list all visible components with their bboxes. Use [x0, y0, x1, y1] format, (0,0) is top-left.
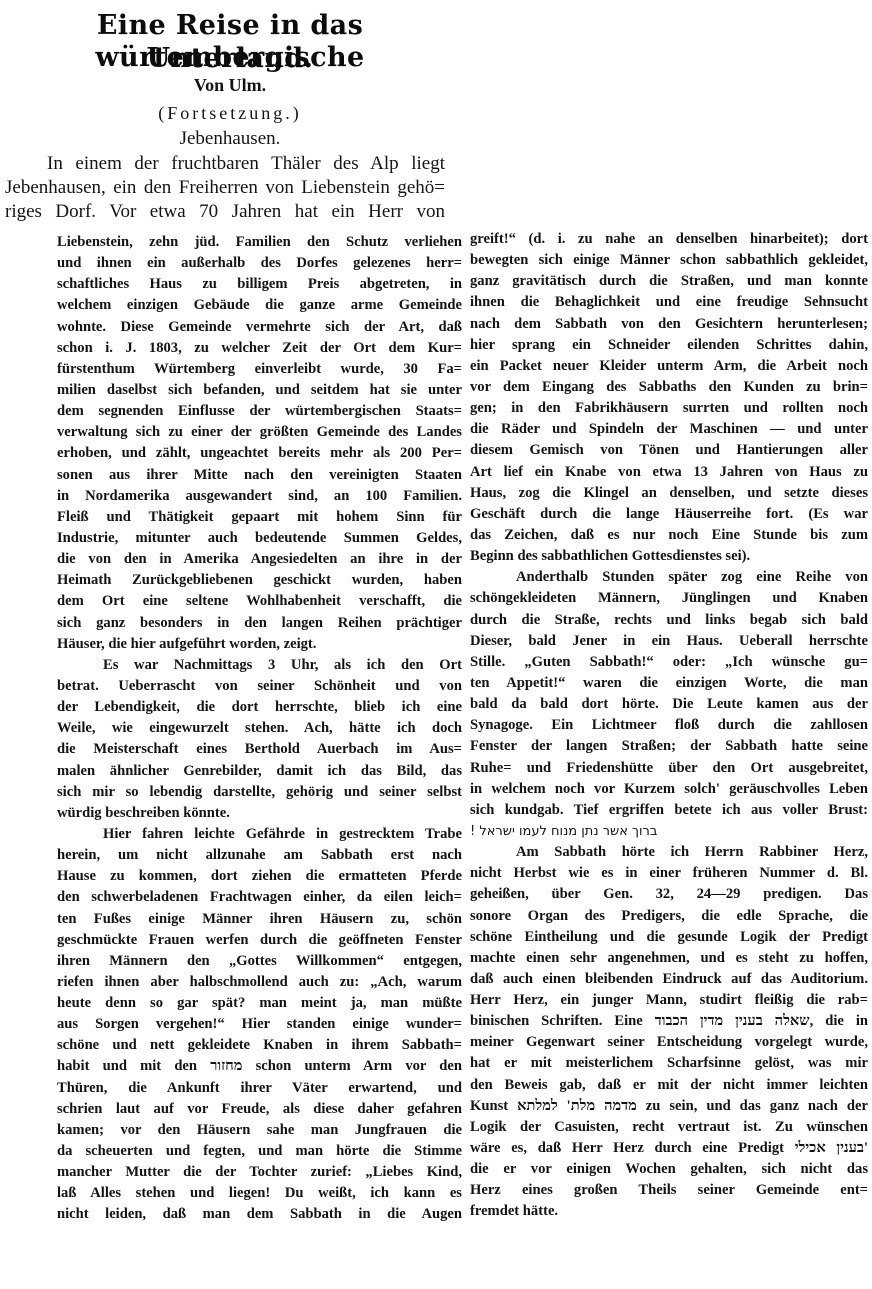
text-line: nicht leiden, daß man dem Sabbath in die… [57, 1204, 462, 1225]
text-line: milien daselbst sich befanden, und seitd… [57, 380, 462, 401]
text-line: machte einen sehr angenehmen, und es ste… [470, 948, 868, 969]
text-line: hier sprang ein Schneider eilenden Schri… [470, 335, 868, 356]
text-line: bewegten sich einige Männer schon sabbat… [470, 250, 868, 271]
text-line: verwaltung sich zu einer der größten Gem… [57, 422, 462, 443]
intro-line: Jebenhausen, ein den Freiherren von Lieb… [5, 176, 445, 200]
text-line: Geschäft durch die lange Häuserreihe for… [470, 504, 868, 525]
text-line: Industrie, mitunter auch bedeutende Summ… [57, 528, 462, 549]
text-line: Herz eines großen Theils seiner Gemeinde… [470, 1180, 868, 1201]
text-line: herein, um nicht allzunahe am Sabbath er… [57, 845, 462, 866]
text-line: schrien laut auf vor Freude, als diese d… [57, 1099, 462, 1120]
text-line: sonore Organ des Predigers, die edle Spr… [470, 906, 868, 927]
text-line: Haus, zog die Klingel an denselben, und … [470, 483, 868, 504]
text-line: Herr Herz, ein junger Mann, studirt flei… [470, 990, 868, 1011]
text-line: nach dem Sabbath von den Gesichtern heru… [470, 314, 868, 335]
text-line: sich kundgab. Tief ergriffen betete ich … [470, 800, 868, 821]
text-line: die Meisterschaft eines Berthold Auerbac… [57, 739, 462, 760]
text-line: die von den in Amerika Angesiedelten an … [57, 549, 462, 570]
text-line: meiner Gegenwart seiner Entscheidung vor… [470, 1032, 868, 1053]
text-line: schon i. J. 1803, zu welcher Zeit der Or… [57, 338, 462, 359]
text-line: den schwerbeladenen Frachtwagen einher, … [57, 887, 462, 908]
text-line: Heimath Zurückgebliebenen geschickt wurd… [57, 570, 462, 591]
text-line: riefen ihnen aber halbschmollend auch zu… [57, 972, 462, 993]
text-line: Liebenstein, zehn jüd. Familien den Schu… [57, 232, 462, 253]
text-line: Hier fahren leichte Gefährde in gestreck… [57, 824, 462, 845]
text-line: dem segnenden Einflusse der würtembergis… [57, 401, 462, 422]
intro-paragraph: In einem der fruchtbaren Thäler des Alp … [5, 152, 445, 224]
text-line: sich mir so lebendig darstellte, gehörig… [57, 782, 462, 803]
text-line: ten Appetit!“ waren die einzigen Worte, … [470, 673, 868, 694]
text-line: ganz gravitätisch durch die Straßen, und… [470, 271, 868, 292]
text-line: Dieser, bald Jener in ein Haus. Ueberall… [470, 631, 868, 652]
text-line: Stille. „Guten Sabbath!“ oder: „Ich wüns… [470, 652, 868, 673]
text-line: Häuser, die hier aufgeführt worden, zeig… [57, 634, 462, 655]
text-line: die Räder und Spindeln der Maschinen — u… [470, 419, 868, 440]
text-line: erhoben, und zählt, ungeachtet bereits m… [57, 443, 462, 464]
text-line: Fenster der langen Straßen; der Sabbath … [470, 736, 868, 757]
text-line: Es war Nachmittags 3 Uhr, als ich den Or… [57, 655, 462, 676]
text-line: binischen Schriften. Eine שאלה בענין מדי… [470, 1011, 868, 1032]
text-line: vor dem Eingang des Sabbaths den Kunden … [470, 377, 868, 398]
text-line: Ruhe= und Friedenshütte über den Ort aus… [470, 758, 868, 779]
text-line: Logik der Casuisten, recht vertraut ist.… [470, 1117, 868, 1138]
text-line: ihren Männern den „Gottes Willkommen“ en… [57, 951, 462, 972]
text-line: Hause zu kommen, dort ziehen die ermatte… [57, 866, 462, 887]
text-line: und ihnen ein außerhalb des Dorfes gelez… [57, 253, 462, 274]
intro-line: riges Dorf. Vor etwa 70 Jahren hat ein H… [5, 200, 445, 224]
text-line: welchem einzigen Gebäude die ganze arme … [57, 295, 462, 316]
text-line: ihnen die Behaglichkeit und eine freudig… [470, 292, 868, 313]
text-line: fremdet hätte. [470, 1201, 868, 1222]
text-line: geheißen, über Gen. 32, 24—29 predigen. … [470, 884, 868, 905]
text-line: ein Packet neuer Kleider unterm Arm, die… [470, 356, 868, 377]
text-line: fürstenthum Würtemberg einverleibt wurde… [57, 359, 462, 380]
text-line: habit und mit den מחזור schon unterm Arm… [57, 1056, 462, 1077]
text-line: aus Sorgen vergehen!“ Hier standen einig… [57, 1014, 462, 1035]
text-line: die er vor einigen Wochen gehalten, sich… [470, 1159, 868, 1180]
text-line: in welchem noch vor Kurzem solch' geräus… [470, 779, 868, 800]
text-line: nicht Herbst wie es in einer früheren Nu… [470, 863, 868, 884]
article-title-line-2: Unterland. [0, 43, 460, 75]
text-line: das Zeichen, daß es nur noch Eine Stunde… [470, 525, 868, 546]
text-line: schöne und nett gekleidete Knaben in ihr… [57, 1035, 462, 1056]
place-heading: Jebenhausen. [0, 128, 460, 150]
text-line: Anderthalb Stunden später zog eine Reihe… [470, 567, 868, 588]
text-line: Weile, wie eingewurzelt stehen. Ach, hät… [57, 718, 462, 739]
text-line: mancher Mutter die der Tochter zurief: „… [57, 1162, 462, 1183]
text-line: sich ganz besonders in den langen Reihen… [57, 613, 462, 634]
text-line: wäre es, daß Herr Herz durch eine Predig… [470, 1138, 868, 1159]
text-line: daß auch einen bleibenden Eindruck auf d… [470, 969, 868, 990]
text-line: kamen; vor den Häusern sahe man Jungfrau… [57, 1120, 462, 1141]
text-line: gen; in den Fabrikhäusern surrten und ro… [470, 398, 868, 419]
right-text-column: greift!“ (d. i. zu nahe an denselben hin… [470, 229, 868, 1223]
byline: Von Ulm. [0, 74, 460, 96]
text-line: schöngekleideten Männern, Jünglingen und… [470, 588, 868, 609]
text-line: dem Ort eine seltene Wohlhabenheit versc… [57, 591, 462, 612]
text-line: ten Fußes einige Männer ihren Häusern zu… [57, 909, 462, 930]
text-line: in Nordamerika ausgewandert sind, an 100… [57, 486, 462, 507]
newspaper-page: Eine Reise in das würtembergische Unterl… [0, 0, 872, 1289]
text-line: Thüren, die Ankunft ihrer Väter erwarten… [57, 1078, 462, 1099]
left-text-column: Liebenstein, zehn jüd. Familien den Schu… [57, 232, 462, 1226]
text-line: würdig beschreiben könnte. [57, 803, 462, 824]
text-line: Kunst מדמה מלת' למלתא zu sein, und das g… [470, 1096, 868, 1117]
text-line: heute denn so gar spät? man meint ja, ma… [57, 993, 462, 1014]
text-line: geschmückte Frauen werfen durch die geöf… [57, 930, 462, 951]
text-line: Art lief ein Knabe von etwa 13 Jahren vo… [470, 462, 868, 483]
text-line: diesem Gemisch von Tönen und Hantierunge… [470, 440, 868, 461]
text-line: betrat. Ueberrascht von seiner Schönheit… [57, 676, 462, 697]
text-line: durch die Straße, rechts und links begab… [470, 610, 868, 631]
text-line: Beginn des sabbathlichen Gottesdienstes … [470, 546, 868, 567]
text-line: Am Sabbath hörte ich Herrn Rabbiner Herz… [470, 842, 868, 863]
text-line: schöne Eintheilung und die gesunde Logik… [470, 927, 868, 948]
text-line: hat er mit meisterlichem Scharfsinne gel… [470, 1053, 868, 1074]
continuation-note: (Fortsetzung.) [0, 102, 460, 124]
text-line: der Lebendigkeit, die dort herrschte, bl… [57, 697, 462, 718]
text-line: ברוך אשר נתן מנוח לעמו ישראל ! [470, 821, 868, 842]
text-line: sonen aus ihrer Mitte nach den vereinigt… [57, 465, 462, 486]
text-line: Synagoge. Ein Lichtmeer floß durch die z… [470, 715, 868, 736]
text-line: Fleiß und Thätigkeit gepaart mit hohem S… [57, 507, 462, 528]
text-line: greift!“ (d. i. zu nahe an denselben hin… [470, 229, 868, 250]
text-line: schaftliches Haus zu billigem Preis abge… [57, 274, 462, 295]
text-line: laß Alles stehen und liegen! Du weißt, i… [57, 1183, 462, 1204]
text-line: wohnte. Diese Gemeinde vermehrte sich de… [57, 317, 462, 338]
text-line: malen ähnlicher Genrebilder, damit ich d… [57, 761, 462, 782]
intro-line: In einem der fruchtbaren Thäler des Alp … [5, 152, 445, 176]
text-line: bald da bald dort hörte. Die Leute kamen… [470, 694, 868, 715]
text-line: da scheuerten und fegten, und man hörte … [57, 1141, 462, 1162]
text-line: den Beweis gab, daß er mit der nicht imm… [470, 1075, 868, 1096]
